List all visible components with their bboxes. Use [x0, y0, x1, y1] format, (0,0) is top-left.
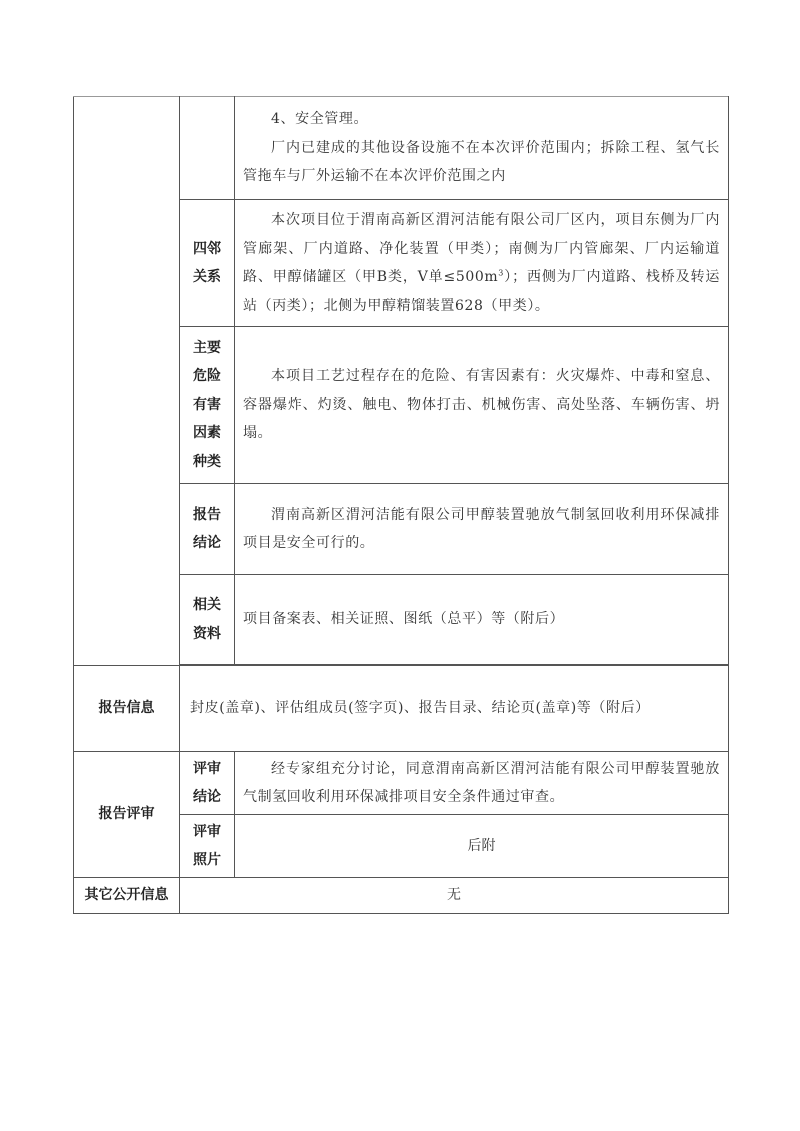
review-conclusion-text: 经专家组充分讨论，同意渭南高新区渭河洁能有限公司甲醇装置驰放气制氢回收利用环保减…: [243, 755, 720, 812]
neighbors-label: 四邻 关系: [180, 200, 235, 327]
table-row-other-info: 其它公开信息 无: [74, 878, 729, 914]
hazards-text: 本项目工艺过程存在的危险、有害因素有：火灾爆炸、中毒和窒息、容器爆炸、灼烫、触电…: [243, 362, 720, 448]
review-conclusion-text-cell: 经专家组充分讨论，同意渭南高新区渭河洁能有限公司甲醇装置驰放气制氢回收利用环保减…: [235, 752, 729, 815]
hazards-text-cell: 本项目工艺过程存在的危险、有害因素有：火灾爆炸、中毒和窒息、容器爆炸、灼烫、触电…: [235, 327, 729, 484]
section-label-cell: [74, 97, 180, 666]
disclosure-table: 4、安全管理。 厂内已建成的其他设备设施不在本次评价范围内；拆除工程、氢气长管拖…: [73, 96, 729, 914]
other-info-text: 无: [180, 878, 729, 914]
other-info-label: 其它公开信息: [74, 878, 180, 914]
conclusion-label: 报告 结论: [180, 484, 235, 575]
neighbors-text-cell: 本次项目位于渭南高新区渭河洁能有限公司厂区内，项目东侧为厂内管廊架、厂内道路、净…: [235, 200, 729, 327]
table-row-review-conclusion: 报告评审 评审 结论 经专家组充分讨论，同意渭南高新区渭河洁能有限公司甲醇装置驰…: [74, 752, 729, 815]
table-row-scope: 4、安全管理。 厂内已建成的其他设备设施不在本次评价范围内；拆除工程、氢气长管拖…: [74, 97, 729, 200]
conclusion-text: 渭南高新区渭河洁能有限公司甲醇装置驰放气制氢回收利用环保减排项目是安全可行的。: [243, 501, 720, 558]
review-conclusion-label: 评审 结论: [180, 752, 235, 815]
neighbors-text: 本次项目位于渭南高新区渭河洁能有限公司厂区内，项目东侧为厂内管廊架、厂内道路、净…: [243, 206, 720, 320]
table-row-report-info: 报告信息 封皮(盖章)、评估组成员(签字页)、报告目录、结论页(盖章)等（附后）: [74, 666, 729, 752]
report-info-text: 封皮(盖章)、评估组成员(签字页)、报告目录、结论页(盖章)等（附后）: [188, 694, 720, 723]
review-photos-label: 评审 照片: [180, 815, 235, 878]
conclusion-text-cell: 渭南高新区渭河洁能有限公司甲醇装置驰放气制氢回收利用环保减排项目是安全可行的。: [235, 484, 729, 575]
materials-text-cell: 项目备案表、相关证照、图纸（总平）等（附后）: [235, 575, 729, 665]
report-info-text-cell: 封皮(盖章)、评估组成员(签字页)、报告目录、结论页(盖章)等（附后）: [180, 666, 729, 752]
sub-label-cell: [180, 97, 235, 200]
materials-text: 项目备案表、相关证照、图纸（总平）等（附后）: [243, 605, 720, 634]
document-page: 4、安全管理。 厂内已建成的其他设备设施不在本次评价范围内；拆除工程、氢气长管拖…: [0, 0, 800, 1131]
materials-label: 相关 资料: [180, 575, 235, 665]
scope-text-cell: 4、安全管理。 厂内已建成的其他设备设施不在本次评价范围内；拆除工程、氢气长管拖…: [235, 97, 729, 200]
scope-line-1: 4、安全管理。: [243, 105, 720, 134]
review-photos-text: 后附: [235, 815, 729, 878]
report-info-label: 报告信息: [74, 666, 180, 752]
report-review-label: 报告评审: [74, 752, 180, 878]
hazards-label: 主要 危险 有害 因素 种类: [180, 327, 235, 484]
scope-line-2: 厂内已建成的其他设备设施不在本次评价范围内；拆除工程、氢气长管拖车与厂外运输不在…: [243, 134, 720, 191]
